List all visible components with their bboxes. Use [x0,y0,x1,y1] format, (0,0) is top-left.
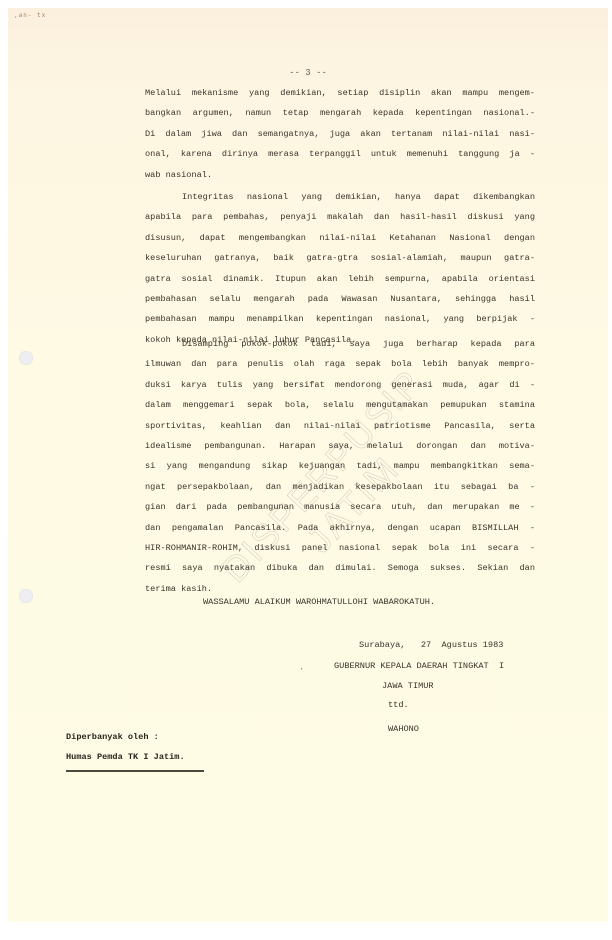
closing-greeting: WASSALAMU ALAIKUM WAROHMATULLOHI WABAROK… [203,597,435,607]
paragraph3-line: si yang mengandung sikap kejuangan tadi,… [145,461,535,471]
paragraph3-line: Disamping pokok-pokok tadi, saya juga be… [182,339,535,349]
paragraph2-line: gatra sosial dinamik. Itupun akan lebih … [145,274,535,284]
signature-place-date: Surabaya, 27 Agustus 1983 [359,640,503,650]
punch-hole-top [19,351,33,365]
paragraph2-line: pembahasan selalu mengarah pada Wawasan … [145,294,535,304]
paragraph3-line: dan pengamalan Pancasila. Pada akhirnya,… [145,523,535,533]
paragraph3-line: dalam menggemari sepak bola, selalu meng… [145,400,535,410]
paragraph3-line: gian dari pada pembangunan manusia secar… [145,502,535,512]
punch-hole-bottom [19,589,33,603]
paragraph1-line: onal, karena dirinya merasa terpanggil u… [145,149,535,159]
paragraph2-line: Integritas nasional yang demikian, hanya… [182,192,535,202]
signature-name: WAHONO [388,724,419,734]
signature-title-line2: JAWA TIMUR [382,681,434,691]
paragraph3-line: sportivitas, keahlian dan nilai-nilai pa… [145,421,535,431]
paragraph1-line: wab nasional. [145,170,212,180]
paragraph1-line: bangkan argumen, namun tetap mengarah ke… [145,108,535,118]
signature-signed: ttd. [388,700,409,710]
reproduced-by-value: Humas Pemda TK I Jatim. [66,752,185,762]
page-number: -- 3 -- [8,68,608,78]
paragraph3-line: resmi saya nyatakan dibuka dan dimulai. … [145,563,535,573]
paragraph3-line: duksi karya tulis yang bersifat mendoron… [145,380,535,390]
signature-mark: ˎ [299,661,304,671]
corner-mark: ‚an- tx [14,12,46,19]
document-page: ‚an- tx DISPERPUSIP JATIM -- 3 -- Melalu… [8,8,608,922]
paragraph3-line: idealisme pembangunan. Harapan saya, mel… [145,441,535,451]
paragraph2-line: keseluruhan gatranya, baik gatra-gtra so… [145,253,535,263]
paragraph2-line: apabila para pembahas, penyaji makalah d… [145,212,535,222]
paragraph3-line: terima kasih. [145,584,212,594]
reproduced-by-label: Diperbanyak oleh : [66,732,159,742]
underline-rule [66,770,204,772]
signature-title-line1: GUBERNUR KEPALA DAERAH TINGKAT I [334,661,504,671]
paragraph3-line: HIR-ROHMANIR-ROHIM, diskusi panel nasion… [145,543,535,553]
paragraph3-line: ngat persepakbolaan, dan menjadikan kese… [145,482,535,492]
paragraph2-line: disusun, dapat mengembangkan nilai-nilai… [145,233,535,243]
paragraph1-line: Di dalam jiwa dan semangatnya, juga akan… [145,129,535,139]
paragraph3-line: ilmuwan dan para penulis olah raga sepak… [145,359,535,369]
paragraph2-line: pembahasan mampu menampilkan kepentingan… [145,314,535,324]
paragraph1-line: Melalui mekanisme yang demikian, setiap … [145,88,535,98]
